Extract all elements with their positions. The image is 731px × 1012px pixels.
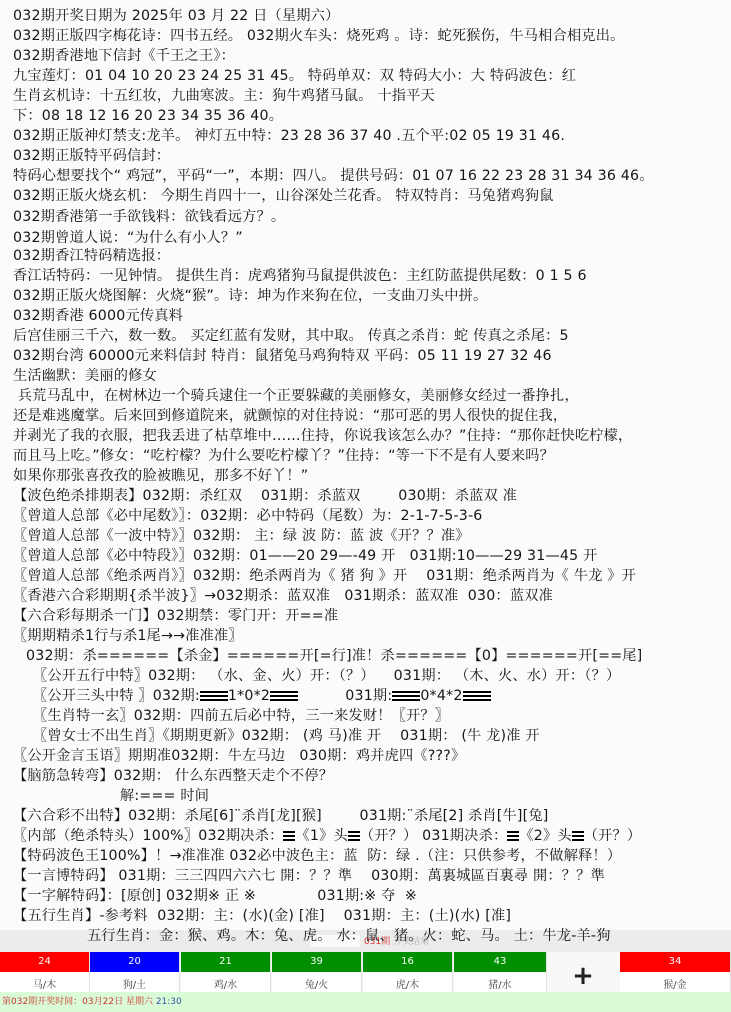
santou-line: 〖公开三头中特 〗032期:1*0*2 031期:0*4*2	[33, 686, 491, 706]
wuxing-shengxiao-line: 【五行生肖】-参考料 032期：主：(水)(金) [准] 031期：主：(土)(…	[13, 906, 511, 926]
ball-number: 39	[272, 952, 361, 972]
wuxing-shengxiao-detail: 五行生肖：金：猴、鸡。木：兔、虎。 水：鼠、猪。火：蛇、马。 土：牛龙-羊-狗	[87, 926, 611, 946]
block-bar-icon	[507, 831, 519, 841]
text-line: 生肖玄机诗：十五红妆，九曲寒波。主：狗牛鸡猪马鼠。 十指平天	[13, 86, 435, 106]
yiyan-line: 【一言博特码】 031期：三三四四六六七 開：？？準 030期：萬裏城區百裏尋 …	[13, 866, 605, 886]
text-line: 〖曾道人总部《绝杀两肖》〗032期：绝杀两肖为《 猪 狗 》开 031期：绝杀两…	[13, 566, 636, 586]
text-line: 〖期期精杀1行与杀1尾→→准准准〗	[13, 626, 243, 646]
text-line: 032期香港第一手欲钱料：欲钱看远方？。	[13, 207, 285, 227]
neibu-032: 《1》头	[295, 828, 347, 844]
text-line: 032期正版火烧图解：火烧“猴”。诗：坤为作来狗在位，一支曲刀头中拼。	[13, 286, 487, 306]
text-line: 〖曾道人总部《必中特段》〗032期：01——20 29—-49 开 031期:1…	[13, 546, 597, 566]
yizi-line: 【一字解特码】：[原创] 032期※ 正 ※ 031期:※ 夺 ※	[13, 886, 417, 906]
ball-number: 16	[363, 952, 452, 972]
text-line: 032期香港地下信封《千王之王》：	[13, 46, 235, 66]
article-content: 032期开奖日期为 2025年 03 月 22 日（星期六） 032期正版四字梅…	[0, 0, 731, 930]
ball-number: 34	[620, 952, 730, 972]
next-draw-label: 第032期开奖时间：03月22日 星期六	[2, 997, 156, 1007]
neibu-031: 《2》头	[519, 828, 571, 844]
text-line: 九宝莲灯：01 04 10 20 23 24 25 31 45。 特码单双：双 …	[13, 66, 576, 86]
next-draw-clock: 21:30	[156, 997, 182, 1007]
neibu-line: 〖内部（绝杀特头）100%〗032期决杀：《1》头（开？） 031期决杀：《2》…	[13, 826, 641, 846]
neibu-open: （开？） 031期决杀：	[360, 828, 508, 844]
text-line: 香江话特码：一见钟情。 提供生肖：虎鸡猪狗马鼠提供波色：主红防蓝提供尾数：0 1…	[13, 266, 587, 286]
text-line: 【波色绝杀排期表】032期：杀红双 031期：杀蓝双 030期：杀蓝双 准	[13, 486, 517, 506]
wuxing-line: 〖公开五行中特〗032期： （水、金、火）开：（？） 031期： （木、火、水）…	[33, 666, 620, 686]
jinyan-line: 〖公开金言玉语〗期期准032期：牛左马边 030期：鸡并虎四《???》	[13, 746, 465, 766]
text-line: 032期正版神灯禁支:龙羊。 神灯五中特：23 28 36 37 40 .五个平…	[13, 126, 565, 146]
text-line: 032期香港 6000元传真料	[13, 306, 183, 326]
ball-number: 43	[454, 952, 546, 972]
text-line: 〖曾道人总部《一波中特》〗032期： 主：绿 波 防：蓝 波《开？？准》	[13, 526, 470, 546]
bose-line: 【特码波色王100%】！→准准准 032必中波色主：蓝 防：绿 .（注：只供参考…	[13, 846, 621, 866]
block-bar-icon	[200, 691, 228, 701]
santou-031-label: 031期:	[345, 688, 392, 704]
ball-number: 24	[0, 952, 89, 972]
text-line: 032期正版特平码信封：	[13, 146, 170, 166]
text-line: 032期台湾 60000元来料信封 特肖：鼠猪兔马鸡狗特双 平码：05 11 1…	[13, 346, 552, 366]
humor-text: 而且马上吃。”修女：“吃柠檬？为什么要吃柠檬丫？”住持：“等一下不是有人要来吗？	[13, 446, 554, 466]
text-line: 下：08 18 12 16 20 23 34 35 36 40。	[13, 106, 283, 126]
zengnvshi-line: 〖曾女士不出生肖〗《期期更新》032期： (鸡 马)准 开 031期： (牛 龙…	[33, 726, 540, 746]
text-line: 032期正版四字梅花诗：四书五经。 032期火车头：烧死鸡 。诗：蛇死猴伤，牛马…	[13, 26, 625, 46]
santou-032: 1*0*2	[228, 688, 270, 704]
shengxiao-line: 〖生肖特一玄〗032期：四前五后必中特，三一来发财！〖开？〗	[33, 706, 449, 726]
block-bar-icon	[283, 831, 295, 841]
naojin-answer: 解:=== 时间	[120, 786, 209, 806]
humor-text: 并剥光了我的衣服，把我丢进了枯草堆中……住持，你说我该怎么办？”住持：“那你赶快…	[13, 426, 632, 446]
text-line: 032期正版火烧玄机： 今期生肖四十一，山谷深处兰花香。 特双特肖：马兔猪鸡狗鼠	[13, 186, 554, 206]
kill-line: 032期：杀======【杀金】======开[=行]准！杀======【0】=…	[26, 646, 642, 666]
next-draw-time: 第032期开奖时间：03月22日 星期六 21:30	[0, 992, 731, 1012]
santou-031: 0*4*2	[420, 688, 462, 704]
ball-number: 21	[181, 952, 270, 972]
draw-date-line: 032期开奖日期为 2025年 03 月 22 日（星期六）	[13, 6, 339, 26]
humor-text: 如果你那张喜孜孜的脸被瞧见，那多不好丫！”	[13, 466, 308, 486]
text-line: 【六合彩每期杀一门】032期禁：零门开：开==准	[13, 606, 338, 626]
text-line: 032期曾道人说：“为什么有小人？”	[13, 228, 243, 248]
neibu-label: 〖内部（绝杀特头）100%〗032期决杀：	[13, 828, 283, 844]
buchu-line: 【六合彩不出特】032期：杀尾[6]¨杀肖[龙][猴] 031期:¨杀尾[2] …	[13, 806, 549, 826]
naojin-line: 【脑筋急转弯】032期： 什么东西整天走个不停？	[13, 766, 333, 786]
text-line: 032期香江特码精选报：	[13, 246, 170, 266]
block-bar-icon	[392, 691, 420, 701]
text-line: 后宫佳丽三千六，数一数。 买定红蓝有发财，其中取。 传真之杀肖：蛇 传真之杀尾：…	[13, 326, 569, 346]
text-line: 〖曾道人总部《必中尾数》〗：032期：必中特码（尾数）为：2-1-7-5-3-6	[13, 506, 483, 526]
humor-text: 还是难逃魔掌。后来回到修道院来，就颤惊的对住持说：“那可恶的男人很快的捉住我，	[13, 406, 567, 426]
humor-title: 生活幽默：美丽的修女	[13, 366, 157, 386]
block-bar-icon	[348, 831, 360, 841]
humor-text: 兵荒马乱中，在树林边一个骑兵逮住一个正要躲藏的美丽修女，美丽修女经过一番挣扎，	[13, 386, 579, 406]
text-line: 特码心想要找个“ 鸡冠”，平码“一”，本期：四八。 提供号码：01 07 16 …	[13, 166, 654, 186]
block-bar-icon	[572, 831, 584, 841]
neibu-end: （开？）	[584, 828, 642, 844]
text-line: 〖香港六合彩期期{杀半波}〗→032期杀：蓝双准 031期杀：蓝双准 030：蓝…	[13, 586, 553, 606]
ball-number: 20	[90, 952, 179, 972]
block-bar-icon	[463, 691, 491, 701]
block-bar-icon	[270, 691, 298, 701]
santou-label: 〖公开三头中特 〗032期:	[33, 688, 200, 704]
